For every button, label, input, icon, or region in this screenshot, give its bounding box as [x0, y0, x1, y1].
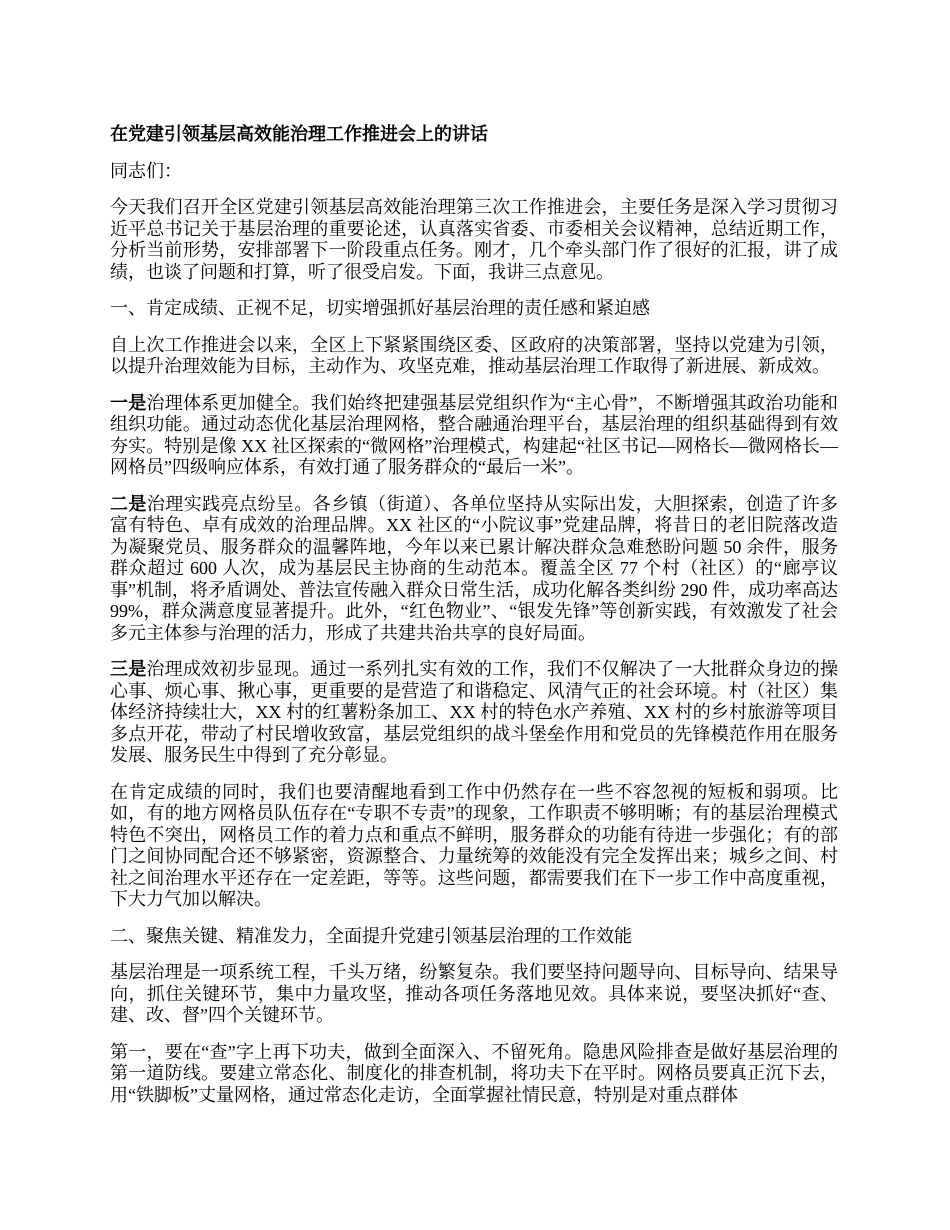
paragraph-section2-intro: 基层治理是一项系统工程，千头万绪，纷繁复杂。我们要坚持问题导向、目标导向、结果导… [110, 962, 838, 1027]
paragraph-point-three: 三是治理成效初步显现。通过一系列扎实有效的工作，我们不仅解决了一大批群众身边的操… [110, 659, 838, 767]
point-three-text: 治理成效初步显现。通过一系列扎实有效的工作，我们不仅解决了一大批群众身边的操心事… [110, 659, 838, 765]
paragraph-step-one: 第一，要在“查”字上再下功夫，做到全面深入、不留死角。隐患风险排查是做好基层治理… [110, 1042, 838, 1107]
document-page: 在党建引领基层高效能治理工作推进会上的讲话 同志们： 今天我们召开全区党建引领基… [0, 0, 950, 1230]
point-three-label: 三是 [110, 659, 146, 679]
point-one-label: 一是 [110, 393, 147, 413]
paragraph-opening: 今天我们召开全区党建引领基层高效能治理第三次工作推进会，主要任务是深入学习贯彻习… [110, 197, 838, 283]
point-two-label: 二是 [110, 494, 147, 514]
paragraph-shortcomings: 在肯定成绩的同时，我们也要清醒地看到工作中仍然存在一些不容忽视的短板和弱项。比如… [110, 782, 838, 911]
section-2-heading: 二、聚焦关键、精准发力，全面提升党建引领基层治理的工作效能 [110, 926, 838, 948]
section-1-heading: 一、肯定成绩、正视不足，切实增强抓好基层治理的责任感和紧迫感 [110, 298, 838, 320]
point-one-text: 治理体系更加健全。我们始终把建强基层党组织作为“主心骨”，不断增强其政治功能和组… [110, 393, 838, 478]
paragraph-point-one: 一是治理体系更加健全。我们始终把建强基层党组织作为“主心骨”，不断增强其政治功能… [110, 393, 838, 479]
paragraph-achievements-overview: 自上次工作推进会以来，全区上下紧紧围绕区委、区政府的决策部署，坚持以党建为引领，… [110, 335, 838, 378]
document-title: 在党建引领基层高效能治理工作推进会上的讲话 [110, 124, 838, 146]
paragraph-point-two: 二是治理实践亮点纷呈。各乡镇（街道）、各单位坚持从实际出发，大胆探索，创造了许多… [110, 494, 838, 645]
point-two-text: 治理实践亮点纷呈。各乡镇（街道）、各单位坚持从实际出发，大胆探索，创造了许多富有… [110, 494, 838, 643]
salutation: 同志们： [110, 161, 838, 183]
